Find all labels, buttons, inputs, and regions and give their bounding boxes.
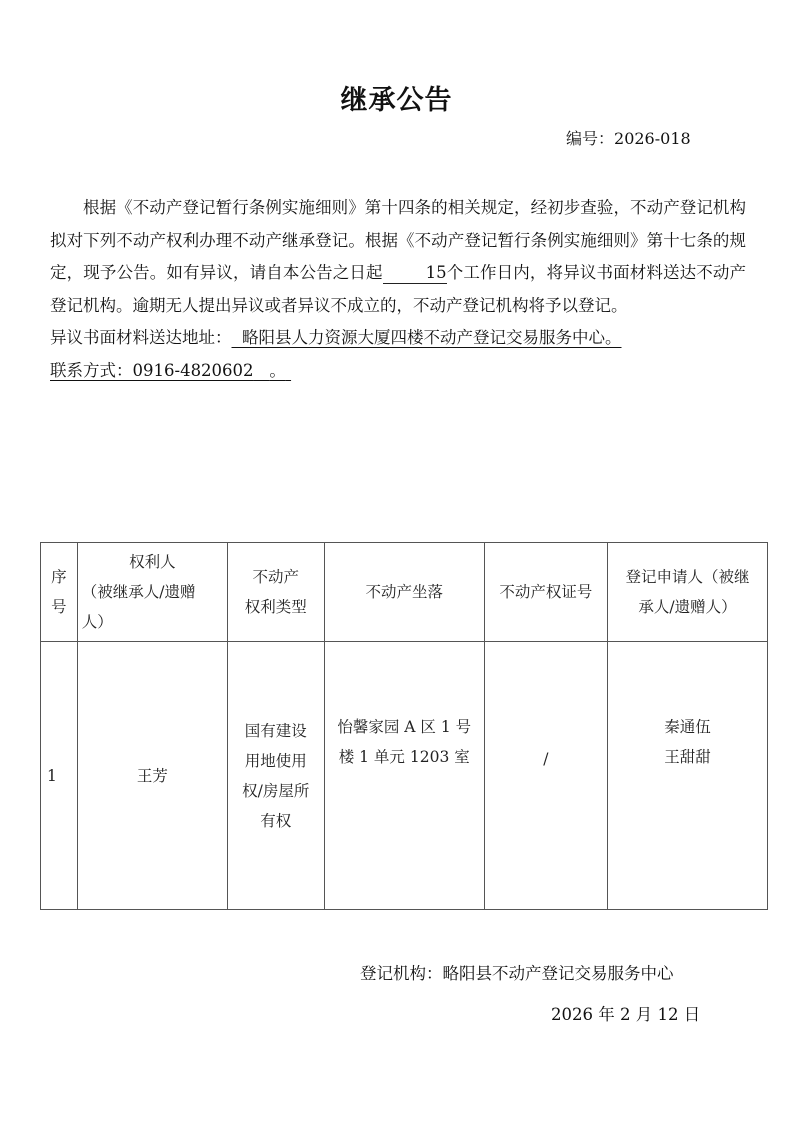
notice-paragraph: 根据《不动产登记暂行条例实施细则》第十四条的相关规定，经初步查验，不动产登记机构… <box>50 192 746 322</box>
contact-suffix: 。 <box>269 361 286 380</box>
header-owner-line: 人） <box>82 607 223 637</box>
address-value: 略阳县人力资源大厦四楼不动产登记交易服务中心。 <box>232 328 622 347</box>
cell-right-type: 国有建设 用地使用 权/房屋所 有权 <box>227 642 324 910</box>
header-owner-line: 权利人 <box>82 547 223 577</box>
applicant-name: 秦通伍 <box>612 712 763 742</box>
inheritance-table: 序 号 权利人 （被继承人/遗赠 人） 不动产 权利类型 不动产坐落 不动产权证… <box>40 542 768 910</box>
header-right-type: 不动产 权利类型 <box>227 543 324 642</box>
contact-label: 联系方式： <box>50 361 133 380</box>
header-applicant-line: 登记申请人（被继 <box>612 562 763 592</box>
header-right-type-line: 不动产 <box>232 562 320 592</box>
notice-body: 根据《不动产登记暂行条例实施细则》第十四条的相关规定，经初步查验，不动产登记机构… <box>50 192 746 388</box>
header-cert-no: 不动产权证号 <box>484 543 607 642</box>
header-seq: 序 号 <box>41 543 78 642</box>
header-seq-line: 序 <box>45 562 73 592</box>
authority-label: 登记机构： <box>360 964 443 983</box>
header-seq-line: 号 <box>45 592 73 622</box>
applicant-name: 王甜甜 <box>612 742 763 772</box>
address-label: 异议书面材料送达地址： <box>50 328 232 347</box>
right-type-line: 有权 <box>232 806 320 836</box>
document-number-value: 2026-018 <box>614 129 691 148</box>
address-text: 略阳县人力资源大厦四楼不动产登记交易服务中心。 <box>242 328 622 347</box>
cell-seq: 1 <box>41 642 78 910</box>
right-type-line: 国有建设 <box>232 716 320 746</box>
table-header-row: 序 号 权利人 （被继承人/遗赠 人） 不动产 权利类型 不动产坐落 不动产权证… <box>41 543 768 642</box>
cell-location: 怡馨家园 A 区 1 号 楼 1 单元 1203 室 <box>324 642 484 910</box>
objection-days: 15 <box>383 263 447 284</box>
header-location: 不动产坐落 <box>324 543 484 642</box>
contact-line: 联系方式：0916-4820602 。 <box>50 355 746 388</box>
cert-no-value: / <box>543 750 548 768</box>
right-type-line: 用地使用 <box>232 746 320 776</box>
header-owner-line: （被继承人/遗赠 <box>82 577 223 607</box>
contact-phone: 0916-4820602 <box>133 361 254 380</box>
authority-name: 略阳县不动产登记交易服务中心 <box>443 964 674 983</box>
cell-applicants: 秦通伍 王甜甜 <box>608 642 768 910</box>
header-applicant: 登记申请人（被继 承人/遗赠人） <box>608 543 768 642</box>
header-right-type-line: 权利类型 <box>232 592 320 622</box>
header-owner: 权利人 （被继承人/遗赠 人） <box>77 543 227 642</box>
cell-cert-no: / <box>484 642 607 910</box>
cell-owner: 王芳 <box>77 642 227 910</box>
location-line: 怡馨家园 A 区 1 号 <box>329 712 480 742</box>
notice-date: 2026 年 2 月 12 日 <box>551 1003 700 1027</box>
location-line: 楼 1 单元 1203 室 <box>329 742 480 772</box>
table-row: 1 王芳 国有建设 用地使用 权/房屋所 有权 怡馨家园 A 区 1 号 楼 1… <box>41 642 768 910</box>
header-applicant-line: 承人/遗赠人） <box>612 592 763 622</box>
right-type-line: 权/房屋所 <box>232 776 320 806</box>
page-title: 继承公告 <box>0 84 793 118</box>
objection-address-line: 异议书面材料送达地址： 略阳县人力资源大厦四楼不动产登记交易服务中心。 <box>50 322 746 355</box>
document-number: 编号：2026-018 <box>566 128 691 150</box>
contact-underlined: 联系方式：0916-4820602 。 <box>50 361 291 380</box>
registration-authority: 登记机构：略阳县不动产登记交易服务中心 <box>360 962 674 986</box>
document-number-label: 编号： <box>566 129 614 148</box>
